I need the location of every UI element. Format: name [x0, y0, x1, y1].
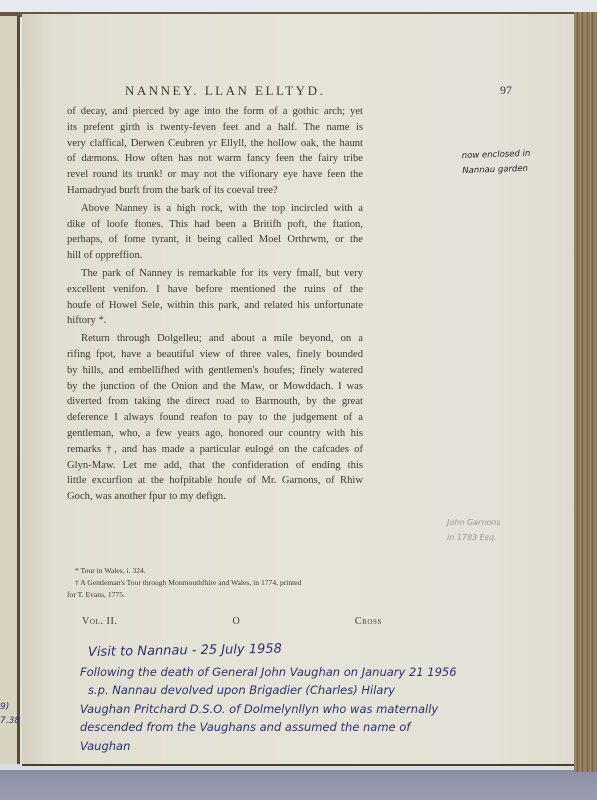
text-line: Return through Dolgelleu; and about a mi…: [67, 331, 363, 347]
text-line: by the junction of the Onion and the Maw…: [67, 379, 363, 395]
text-line: perhaps, of fome tyrant, it being called…: [67, 232, 363, 248]
footnotes: * Tour in Wales, i. 324. † A Gentleman's…: [67, 565, 363, 601]
text-line: hiftory *.: [67, 313, 363, 329]
body-text: of decay, and pierced by age into the fo…: [67, 104, 363, 505]
paragraph: of decay, and pierced by age into the fo…: [67, 104, 363, 199]
handwritten-inscription: Visit to Nannau - 25 July 1958 Following…: [88, 644, 578, 755]
text-line: Glyn-Maw. Let me add, that the confidera…: [67, 458, 363, 474]
text-line: dike of loofe ftones. This had been a Br…: [67, 217, 363, 233]
text-line: Goch, was another fpur to my defign.: [67, 489, 363, 505]
inscription-line: Following the death of General John Vaug…: [80, 663, 578, 682]
text-line: The park of Nanney is remarkable for its…: [67, 266, 363, 282]
text-line: gentleman, who, a few years ago, honored…: [67, 426, 363, 442]
text-line: hill of oppreffion.: [67, 248, 363, 264]
left-page-mark: 7.38: [0, 716, 20, 726]
text-line: rifing fpot, have a beautiful view of th…: [67, 347, 363, 363]
text-line: remarks †, and has made a particular eul…: [67, 442, 363, 458]
margin-note-line: in 1783 Esq.: [447, 530, 547, 545]
margin-note-pencil: John Garnons in 1783 Esq.: [447, 515, 547, 545]
inscription-line: Vaughan Pritchard D.S.O. of Dolmelynllyn…: [80, 700, 578, 719]
margin-note-line: John Garnons: [447, 515, 547, 530]
volume-mark: Vol. II.: [82, 616, 118, 627]
inscription-line: Vaughan: [80, 737, 578, 756]
left-page-mark: 9): [0, 702, 9, 712]
page-number: 97: [500, 83, 512, 98]
paragraph: Above Nanney is a high rock, with the to…: [67, 201, 363, 264]
paragraph: Return through Dolgelleu; and about a mi…: [67, 331, 363, 505]
footnote: † A Gentleman's Tour through Monmouthfhi…: [67, 577, 363, 589]
text-line: diverted from taking the direct road to …: [67, 394, 363, 410]
text-line: by hills, and embellifhed with gentlemen…: [67, 363, 363, 379]
text-line: its prefent girth is twenty-feven feet a…: [67, 120, 363, 136]
footnote: * Tour in Wales, i. 324.: [67, 565, 363, 577]
text-line: of decay, and pierced by age into the fo…: [67, 104, 363, 120]
left-page-edge: 9) 7.38: [0, 16, 20, 764]
text-line: Hamadryad burft from the bark of its coe…: [67, 183, 363, 199]
text-line: excellent venifon. I have before mention…: [67, 282, 363, 298]
text-line: deference I always found reafon to pay t…: [67, 410, 363, 426]
text-line: Above Nanney is a high rock, with the to…: [67, 201, 363, 217]
catchword: Cross: [355, 616, 382, 627]
inscription-line: s.p. Nannau devolved upon Brigadier (Cha…: [88, 681, 578, 700]
text-line: little excurfion at the hofpitable houfe…: [67, 473, 363, 489]
signature-mark: O: [233, 616, 240, 627]
margin-note-handwritten: now enclosed in Nannau garden: [462, 145, 583, 179]
inscription-line: descended from the Vaughans and assumed …: [80, 718, 578, 737]
footnote: for T. Evans, 1775.: [67, 589, 363, 601]
text-line: of dæmons. How often has not warm fancy …: [67, 151, 363, 167]
signature-line: Vol. II. O Cross: [82, 616, 382, 627]
running-head: NANNEY. LLAN ELLTYD.: [125, 83, 325, 99]
text-line: houfe of Howel Sele, within this park, a…: [67, 298, 363, 314]
paragraph: The park of Nanney is remarkable for its…: [67, 266, 363, 329]
text-line: revel round its trunk! or may not the vi…: [67, 167, 363, 183]
text-line: very claffical, Derwen Ceubren yr Ellyll…: [67, 136, 363, 152]
table-surface: [0, 770, 597, 800]
